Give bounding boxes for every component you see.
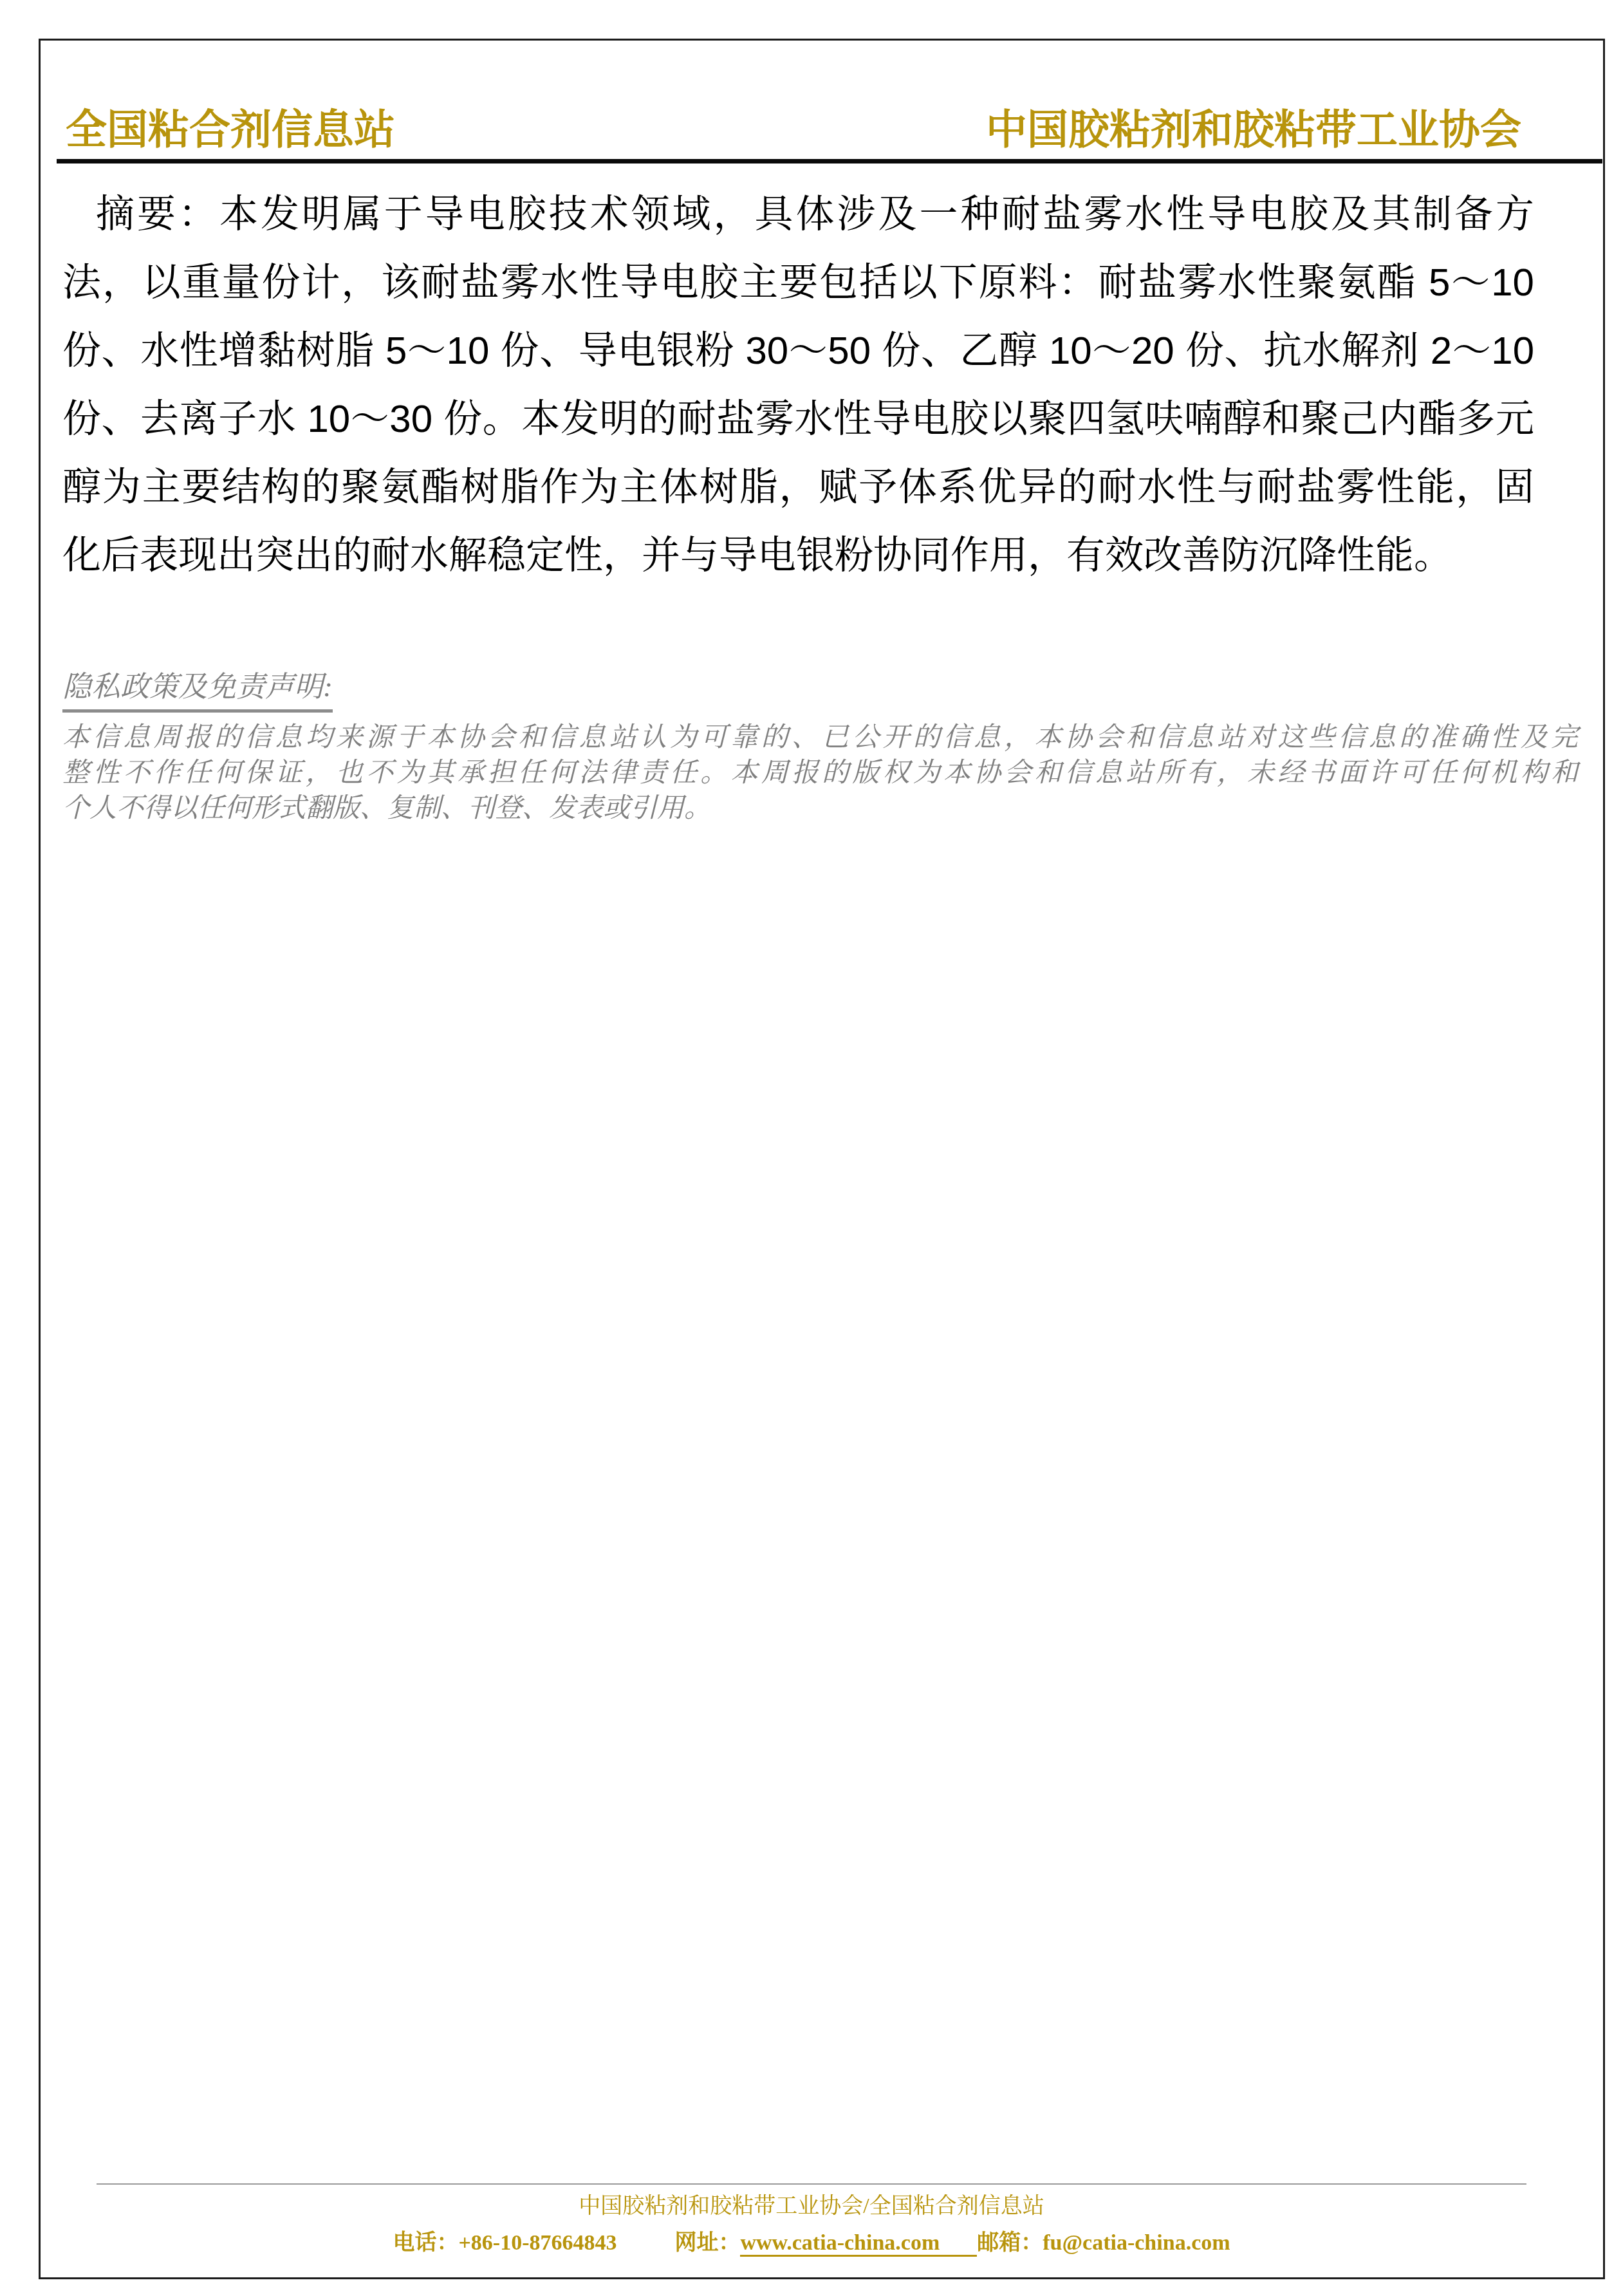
page-header: 全国粘合剂信息站 中国胶粘剂和胶粘带工业协会 — [57, 108, 1602, 163]
phone-number: +86-10-87664843 — [458, 2231, 617, 2255]
disclaimer-line: 整性不作任何保证，也不为其承担任何法律责任。本周报的版权为本协会和信息站所有，未… — [62, 756, 1578, 791]
web-group: 网址：www.catia-china.com — [674, 2231, 977, 2255]
abstract-line: 法，以重量份计，该耐盐雾水性导电胶主要包括以下原料：耐盐雾水性聚氨酯 5～10 — [62, 248, 1534, 317]
abstract-line: 份、水性增黏树脂 5～10 份、导电银粉 30～50 份、乙醇 10～20 份、… — [62, 317, 1534, 385]
abstract-line: 摘要：本发明属于导电胶技术领域，具体涉及一种耐盐雾水性导电胶及其制备方 — [62, 180, 1534, 248]
footer-contact-line: 电话：+86-10-87664843网址：www.catia-china.com… — [97, 2230, 1526, 2257]
abstract-line: 醇为主要结构的聚氨酯树脂作为主体树脂，赋予体系优异的耐水性与耐盐雾性能，固 — [62, 453, 1534, 521]
web-label: 网址： — [674, 2231, 740, 2255]
email-group: 邮箱：fu@catia-china.com — [977, 2231, 1230, 2255]
email-label: 邮箱： — [977, 2231, 1043, 2255]
email-address: fu@catia-china.com — [1043, 2231, 1230, 2255]
document-page: 全国粘合剂信息站 中国胶粘剂和胶粘带工业协会 摘要：本发明属于导电胶技术领域，具… — [0, 0, 1623, 2296]
phone-label: 电话： — [393, 2231, 458, 2255]
page-footer: 中国胶粘剂和胶粘带工业协会/全国粘合剂信息站 电话：+86-10-8766484… — [97, 2183, 1526, 2257]
abstract-line: 化后表现出突出的耐水解稳定性，并与导电银粉协同作用，有效改善防沉降性能。 — [62, 521, 1534, 590]
footer-organization-line: 中国胶粘剂和胶粘带工业协会/全国粘合剂信息站 — [97, 2194, 1526, 2220]
header-right-title: 中国胶粘剂和胶粘带工业协会 — [986, 108, 1521, 151]
abstract-line: 份、去离子水 10～30 份。本发明的耐盐雾水性导电胶以聚四氢呋喃醇和聚己内酯多… — [62, 385, 1534, 453]
footer-divider — [97, 2183, 1526, 2185]
abstract-paragraph: 摘要：本发明属于导电胶技术领域，具体涉及一种耐盐雾水性导电胶及其制备方 法，以重… — [62, 180, 1534, 590]
phone-group: 电话：+86-10-87664843 — [393, 2231, 617, 2255]
disclaimer-text: 本信息周报的信息均来源于本协会和信息站认为可靠的、已公开的信息，本协会和信息站对… — [62, 720, 1578, 826]
header-left-title: 全国粘合剂信息站 — [66, 108, 395, 151]
disclaimer-line: 个人不得以任何形式翻版、复制、刊登、发表或引用。 — [62, 791, 1578, 826]
disclaimer-line: 本信息周报的信息均来源于本协会和信息站认为可靠的、已公开的信息，本协会和信息站对… — [62, 720, 1578, 756]
website-link[interactable]: www.catia-china.com — [740, 2231, 977, 2257]
disclaimer-title: 隐私政策及免责声明: — [62, 671, 333, 713]
disclaimer-section: 隐私政策及免责声明: 本信息周报的信息均来源于本协会和信息站认为可靠的、已公开的… — [62, 671, 1578, 826]
